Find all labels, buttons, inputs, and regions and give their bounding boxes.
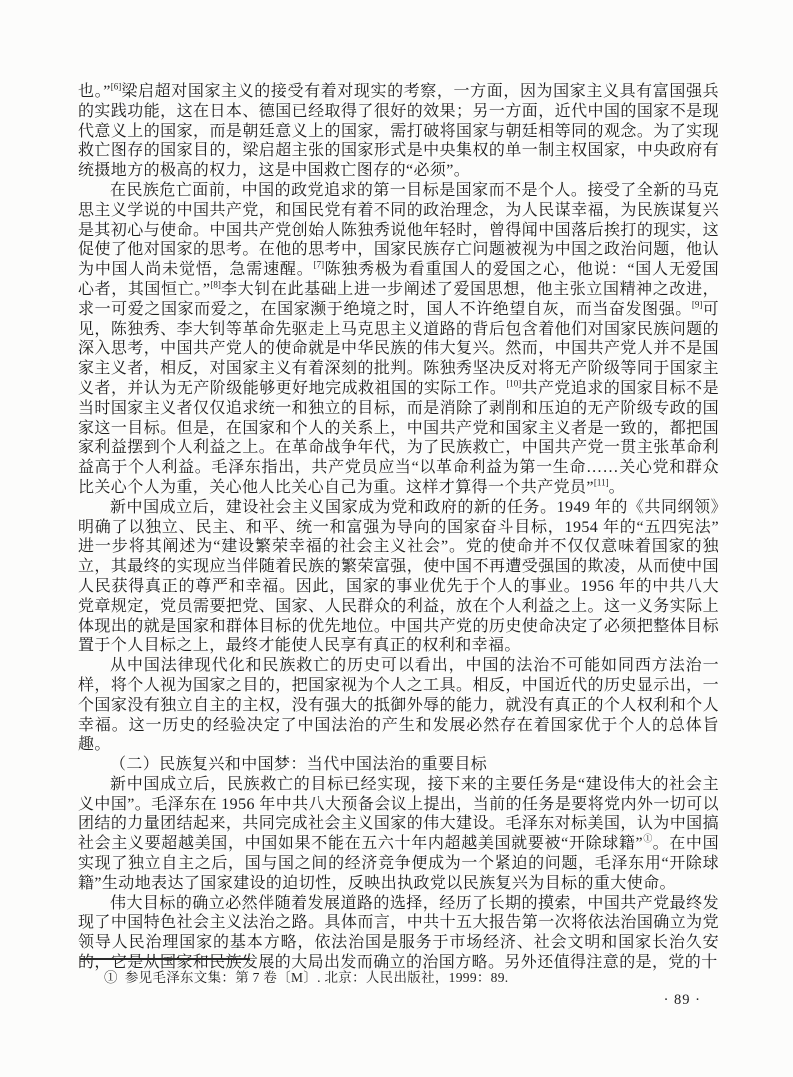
body-text: 也。”[6]梁启超对国家主义的接受有着对现实的考察，一方面，因为国家主义具有富国…: [78, 82, 719, 973]
footnote-reference: [8]: [210, 280, 221, 290]
page-number: · 89 ·: [664, 992, 701, 1009]
footnote-marker: ①: [104, 970, 118, 985]
footnote-reference: [7]: [314, 260, 325, 270]
footnote-text: 参见毛泽东文集：第 7 卷〔M〕. 北京：人民出版社，1999：89.: [125, 970, 509, 985]
footnote-reference: ①: [643, 834, 653, 844]
paragraph: 新中国成立后，民族救亡的目标已经实现，接下来的主要任务是“建设伟大的社会主义中国…: [78, 775, 719, 894]
paragraph: 从中国法律现代化和民族救亡的历史可以看出，中国的法治不可能如同西方法治一样，将个…: [78, 656, 719, 755]
paragraph: 伟大目标的确立必然伴随着发展道路的选择，经历了长期的摸索，中国共产党最终发现了中…: [78, 894, 719, 973]
paragraph: 在民族危亡面前，中国的政党追求的第一目标是国家而不是个人。接受了全新的马克思主义…: [78, 181, 719, 498]
footnote-reference: [11]: [594, 478, 609, 488]
section-subheading: （二）民族复兴和中国梦：当代中国法治的重要目标: [78, 755, 719, 775]
footnote-reference: [10]: [506, 379, 521, 389]
paragraph: 新中国成立后，建设社会主义国家成为党和政府的新的任务。1949 年的《共同纲领》…: [78, 498, 719, 656]
footnote-reference: [6]: [111, 82, 122, 92]
footnote: ①参见毛泽东文集：第 7 卷〔M〕. 北京：人民出版社，1999：89.: [78, 969, 719, 987]
footnote-reference: [9]: [692, 299, 703, 309]
paragraph: 也。”[6]梁启超对国家主义的接受有着对现实的考察，一方面，因为国家主义具有富国…: [78, 82, 719, 181]
footnote-divider: [80, 958, 250, 960]
paper-page: 也。”[6]梁启超对国家主义的接受有着对现实的考察，一方面，因为国家主义具有富国…: [0, 0, 793, 1077]
